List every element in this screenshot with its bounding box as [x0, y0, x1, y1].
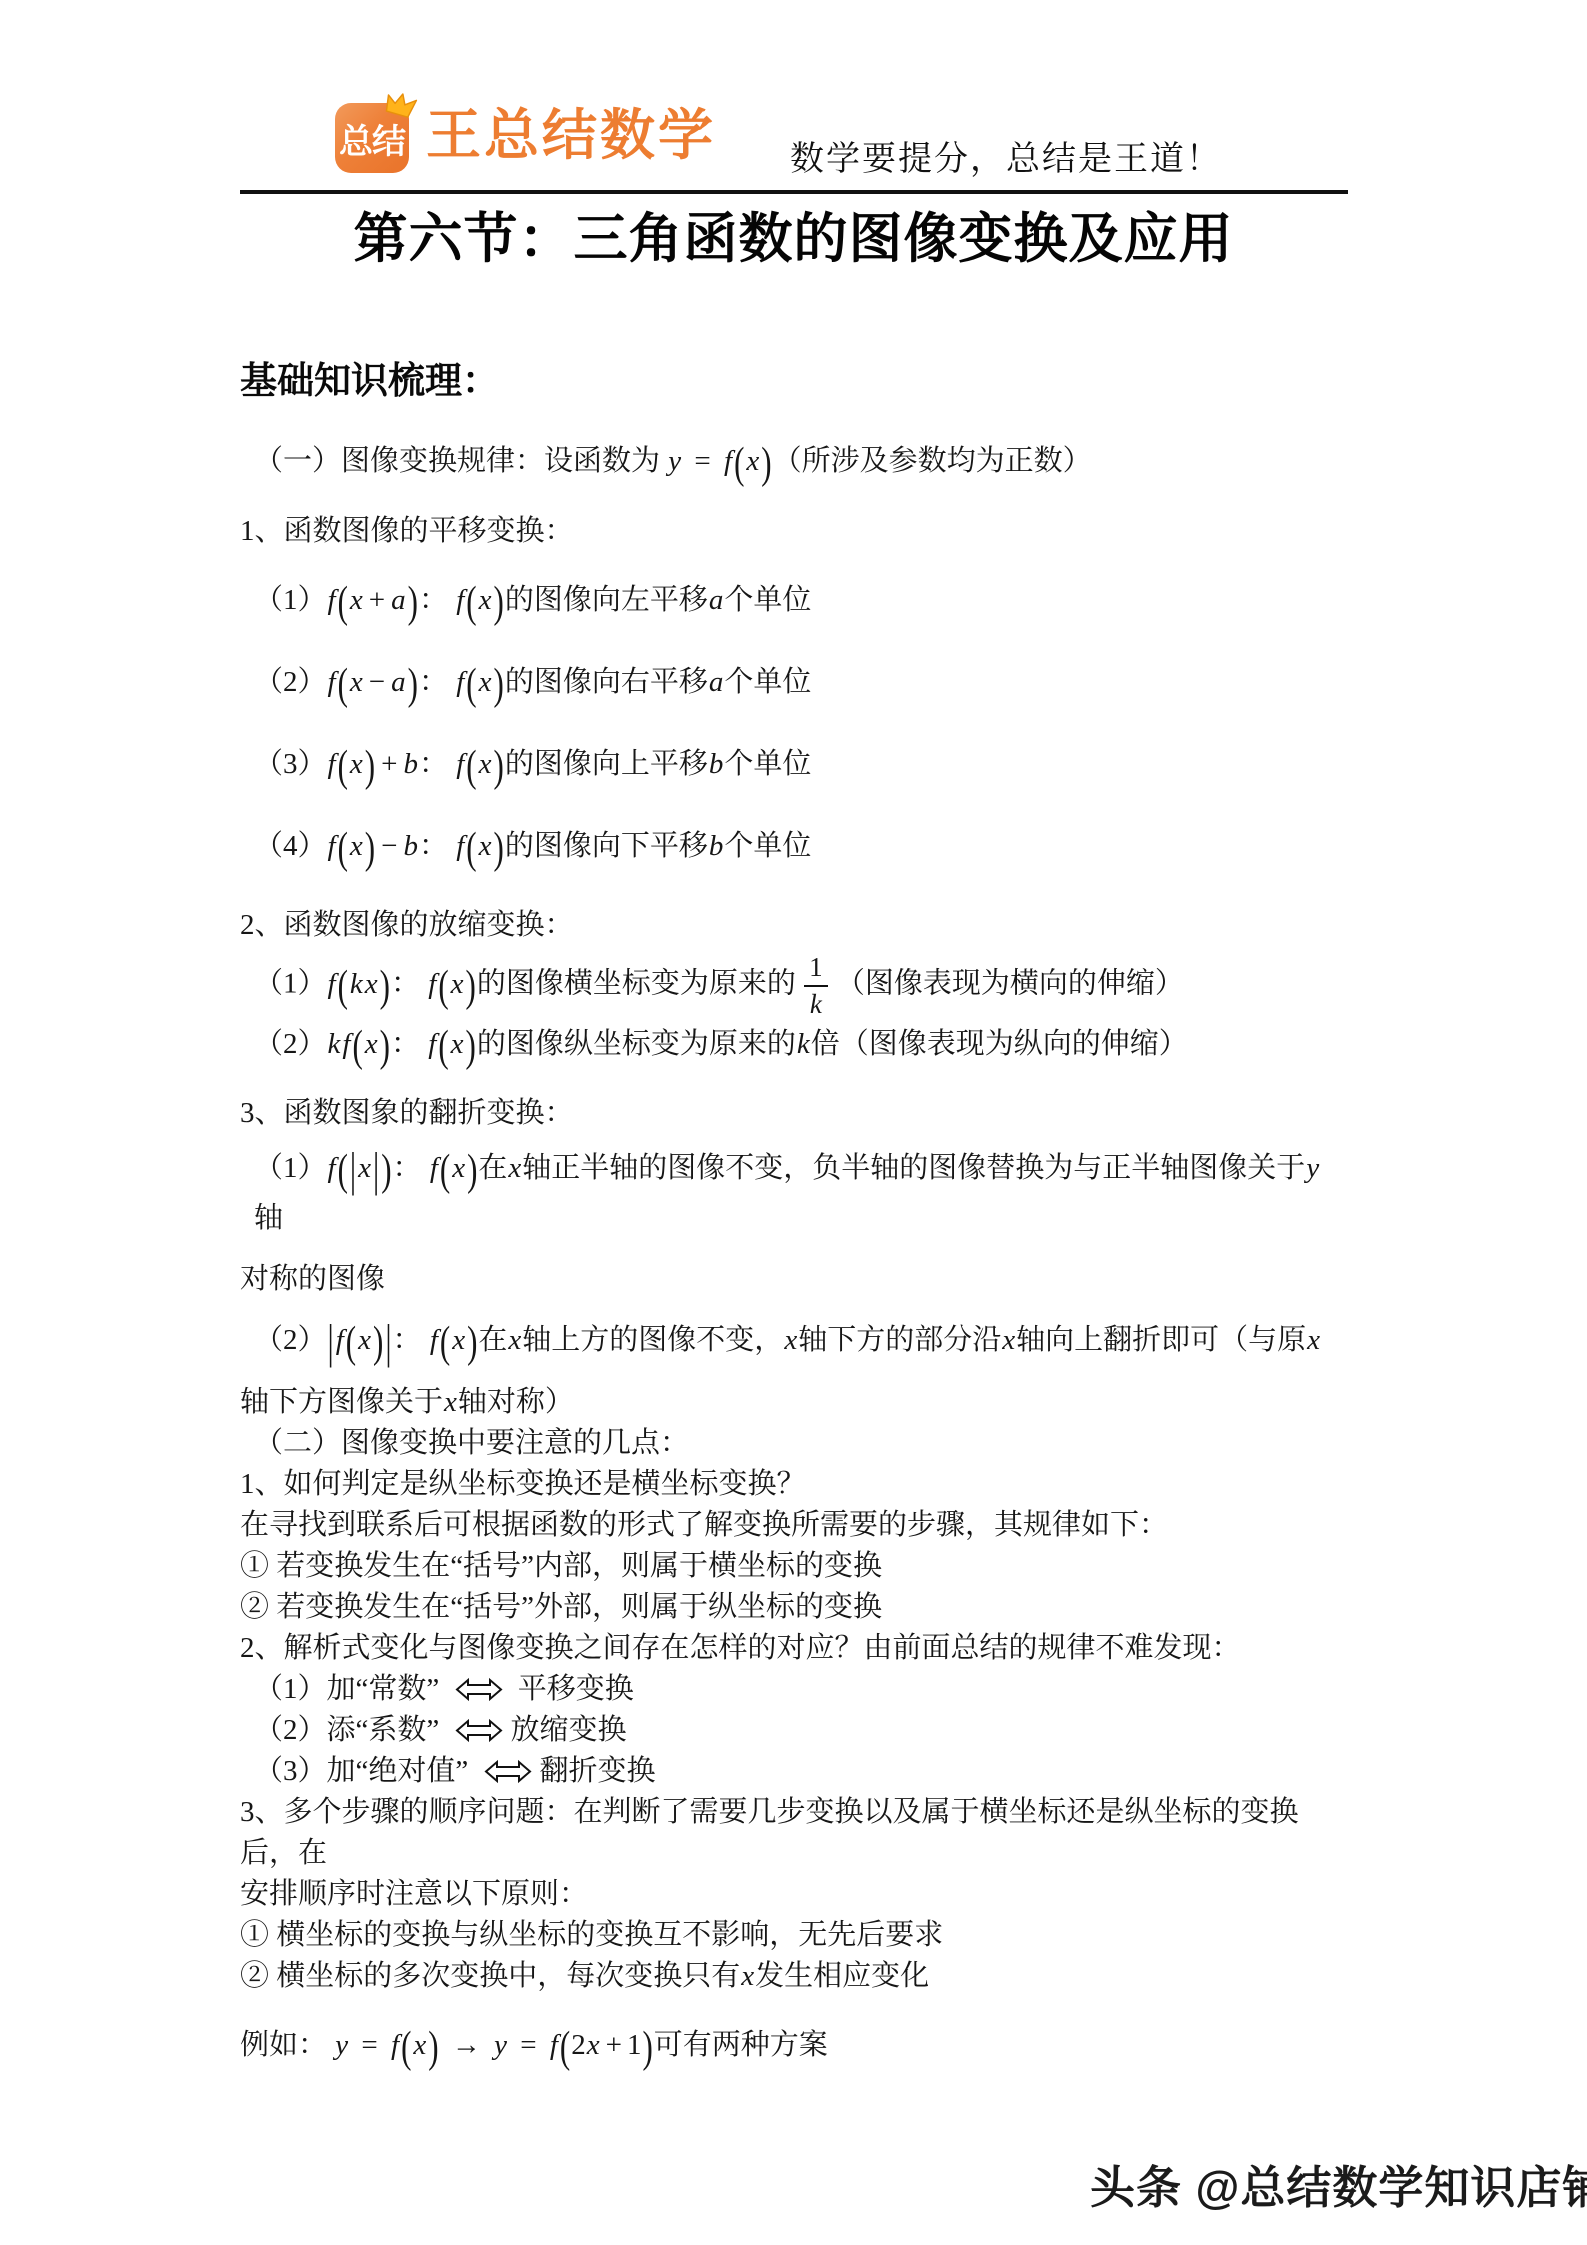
text-run: 在寻找到联系后可根据函数的形式了解变换所需要的步骤，其规律如下：: [240, 1509, 1168, 1541]
text-run: ：: [419, 584, 455, 616]
text-run: 的图像向左平移: [505, 584, 708, 616]
text-run: 可有两种方案: [654, 2029, 828, 2061]
brand-logo-icon: 总结: [335, 103, 409, 173]
math-expression: f(|x|): [327, 1152, 393, 1184]
text-run: 轴正半轴的图像不变，负半轴的图像替换为与正半轴图像关于: [522, 1152, 1305, 1184]
text-run: 安排顺序时注意以下原则：: [240, 1878, 588, 1910]
text-run: 发生相应变化: [755, 1960, 929, 1992]
paragraph: （4）f(x)−b： f(x)的图像向下平移b个单位: [240, 822, 1348, 872]
text-run: 翻折变换: [540, 1755, 656, 1787]
text-run: 2、解析式变化与图像变换之间存在怎样的对应？由前面总结的规律不难发现：: [240, 1632, 1241, 1664]
math-expression: |f(x)|: [327, 1324, 393, 1356]
paragraph: （1）f(x+a)： f(x)的图像向左平移a个单位: [240, 576, 1348, 626]
text-run: ① 横坐标的变换与纵坐标的变换互不影响，无先后要求: [240, 1919, 943, 1951]
math-expression: k: [796, 1028, 811, 1060]
paragraph: 安排顺序时注意以下原则：: [240, 1874, 1348, 1915]
text-run: （2）: [254, 666, 327, 698]
text-run: 的图像纵坐标变为原来的: [477, 1028, 796, 1060]
text-run: ：: [419, 666, 455, 698]
text-run: ：: [419, 748, 455, 780]
paragraph: 3、多个步骤的顺序问题：在判断了需要几步变换以及属于横坐标还是纵坐标的变换后，在: [240, 1792, 1348, 1874]
math-expression: y: [1305, 1152, 1320, 1184]
double-arrow-icon: [447, 1673, 511, 1705]
text-run: ：: [393, 1324, 429, 1356]
text-run: 平移变换: [511, 1673, 634, 1705]
text-run: （所涉及参数均为正数）: [773, 445, 1092, 477]
paragraph: （2）|f(x)|： f(x)在x轴上方的图像不变，x轴下方的部分沿x轴向上翻折…: [240, 1316, 1348, 1366]
paragraph: 2、函数图像的放缩变换：: [240, 904, 1348, 946]
text-run: 的图像向上平移: [505, 748, 708, 780]
math-expression: f(x): [455, 666, 505, 698]
math-expression: f(x): [429, 1324, 479, 1356]
text-run: 轴下方图像关于: [240, 1386, 443, 1418]
text-run: 的图像向下平移: [505, 830, 708, 862]
paragraph: （2）添“系数” 放缩变换: [240, 1710, 1348, 1751]
paragraph: （1）加“常数” 平移变换: [240, 1669, 1348, 1710]
math-expression: y = f(x): [667, 445, 772, 477]
text-run: （图像表现为横向的伸缩）: [836, 968, 1184, 1000]
document-page: 总结 王总结数学 数学要提分，总结是王道！ 第六节：三角函数的图像变换及应用 基…: [0, 0, 1587, 2245]
math-expression: x: [740, 1960, 755, 1992]
paragraph: 3、函数图象的翻折变换：: [240, 1092, 1348, 1134]
text-run: （2）: [254, 1028, 327, 1060]
text-run: 3、函数图象的翻折变换：: [240, 1097, 574, 1129]
text-run: （1）: [254, 584, 327, 616]
text-run: 在: [478, 1152, 507, 1184]
text-run: ：: [391, 968, 427, 1000]
math-expression: x: [507, 1324, 522, 1356]
text-run: 轴下方的部分沿: [798, 1324, 1001, 1356]
text-run: 1、函数图像的平移变换：: [240, 515, 574, 547]
math-expression: y = f(x) → y = f(2x+1): [334, 2029, 654, 2061]
math-expression: f(x)−b: [327, 830, 419, 862]
paragraph: （3）加“绝对值” 翻折变换: [240, 1751, 1348, 1792]
logo-badge-text: 总结: [339, 114, 405, 163]
text-run: 对称的图像: [240, 1263, 385, 1295]
text-run: 在: [478, 1324, 507, 1356]
paragraph: 例如： y = f(x) → y = f(2x+1)可有两种方案: [240, 2019, 1348, 2073]
text-run: 个单位: [724, 666, 811, 698]
text-run: 1、如何判定是纵坐标变换还是横坐标变换？: [240, 1468, 806, 1500]
text-run: （3）加“绝对值”: [254, 1755, 476, 1787]
text-run: 轴: [254, 1202, 283, 1234]
math-expression: f(x): [455, 748, 505, 780]
paragraph: 2、解析式变化与图像变换之间存在怎样的对应？由前面总结的规律不难发现：: [240, 1628, 1348, 1669]
paragraph: （2）f(x−a)： f(x)的图像向右平移a个单位: [240, 658, 1348, 708]
math-expression: f(kx): [327, 968, 391, 1000]
fraction: 1k: [804, 952, 828, 1020]
text-run: （二）图像变换中要注意的几点：: [254, 1427, 689, 1459]
math-expression: b: [708, 830, 725, 862]
text-run: 个单位: [724, 830, 811, 862]
text-run: 3、多个步骤的顺序问题：在判断了需要几步变换以及属于横坐标还是纵坐标的变换后，在: [240, 1796, 1299, 1869]
math-expression: x: [443, 1386, 458, 1418]
paragraph: ② 若变换发生在“括号”外部，则属于纵坐标的变换: [240, 1587, 1348, 1628]
text-run: （3）: [254, 748, 327, 780]
math-expression: f(x): [455, 830, 505, 862]
paragraph: （1）f(kx)： f(x)的图像横坐标变为原来的1k（图像表现为横向的伸缩）: [240, 952, 1348, 1020]
text-run: ：: [419, 830, 455, 862]
text-run: （4）: [254, 830, 327, 862]
text-run: （一）图像变换规律：设函数为: [254, 445, 667, 477]
paragraph: 轴下方图像关于x轴对称）: [240, 1382, 1348, 1423]
header-divider: [240, 190, 1348, 194]
paragraph: （二）图像变换中要注意的几点：: [240, 1423, 1348, 1464]
math-expression: b: [708, 748, 725, 780]
paragraph: （一）图像变换规律：设函数为 y = f(x)（所涉及参数均为正数）: [240, 438, 1348, 486]
text-run: ① 若变换发生在“括号”内部，则属于横坐标的变换: [240, 1550, 882, 1582]
text-run: （1）: [254, 968, 327, 1000]
text-run: 的图像横坐标变为原来的: [477, 968, 796, 1000]
paragraph: （3）f(x)+b： f(x)的图像向上平移b个单位: [240, 740, 1348, 790]
paragraph: 对称的图像: [240, 1258, 1348, 1300]
math-expression: f(x−a): [327, 666, 419, 698]
text-run: 轴对称）: [458, 1386, 574, 1418]
text-run: （1）加“常数”: [254, 1673, 447, 1705]
text-run: 倍（图像表现为纵向的伸缩）: [811, 1028, 1188, 1060]
section-heading: 基础知识梳理：: [240, 358, 1348, 406]
math-expression: x: [1001, 1324, 1016, 1356]
paragraph: ① 若变换发生在“括号”内部，则属于横坐标的变换: [240, 1546, 1348, 1587]
text-run: 例如：: [240, 2029, 334, 2061]
watermark-text: 头条 @总结数学知识店铺: [1090, 2162, 1587, 2214]
text-run: ② 若变换发生在“括号”外部，则属于纵坐标的变换: [240, 1591, 882, 1623]
math-expression: f(x): [427, 968, 477, 1000]
math-expression: x: [507, 1152, 522, 1184]
math-expression: f(x)+b: [327, 748, 419, 780]
math-expression: x: [783, 1324, 798, 1356]
text-run: ：: [393, 1152, 429, 1184]
text-run: 个单位: [724, 584, 811, 616]
text-run: （2）添“系数”: [254, 1714, 447, 1746]
paragraph: ① 横坐标的变换与纵坐标的变换互不影响，无先后要求: [240, 1915, 1348, 1956]
text-run: 轴向上翻折即可（与原: [1016, 1324, 1306, 1356]
text-run: ② 横坐标的多次变换中，每次变换只有: [240, 1960, 740, 1992]
text-run: 2、函数图像的放缩变换：: [240, 909, 574, 941]
math-expression: a: [708, 666, 725, 698]
paragraph: 1、如何判定是纵坐标变换还是横坐标变换？: [240, 1464, 1348, 1505]
header-tagline: 数学要提分，总结是王道！: [790, 140, 1222, 180]
paragraph: 在寻找到联系后可根据函数的形式了解变换所需要的步骤，其规律如下：: [240, 1505, 1348, 1546]
brand-name: 王总结数学: [426, 104, 716, 166]
text-run: 的图像向右平移: [505, 666, 708, 698]
paragraph: （2）kf(x)： f(x)的图像纵坐标变为原来的k倍（图像表现为纵向的伸缩）: [240, 1020, 1348, 1070]
text-run: ：: [391, 1028, 427, 1060]
math-expression: f(x+a): [327, 584, 419, 616]
text-run: 轴上方的图像不变，: [522, 1324, 783, 1356]
double-arrow-icon: [447, 1714, 511, 1746]
page-title: 第六节：三角函数的图像变换及应用: [0, 206, 1587, 272]
double-arrow-icon: [476, 1755, 540, 1787]
paragraph: （1）f(|x|)： f(x)在x轴正半轴的图像不变，负半轴的图像替换为与正半轴…: [240, 1144, 1348, 1242]
math-expression: f(x): [427, 1028, 477, 1060]
math-expression: a: [708, 584, 725, 616]
text-run: （2）: [254, 1324, 327, 1356]
math-expression: f(x): [429, 1152, 479, 1184]
paragraph: 1、函数图像的平移变换：: [240, 510, 1348, 552]
content: 基础知识梳理： （一）图像变换规律：设函数为 y = f(x)（所涉及参数均为正…: [240, 358, 1348, 2073]
text-run: 个单位: [724, 748, 811, 780]
math-expression: x: [1306, 1324, 1321, 1356]
text-run: （1）: [254, 1152, 327, 1184]
math-expression: kf(x): [327, 1028, 391, 1060]
paragraph: ② 横坐标的多次变换中，每次变换只有x发生相应变化: [240, 1956, 1348, 1997]
text-run: 放缩变换: [511, 1714, 627, 1746]
math-expression: f(x): [455, 584, 505, 616]
